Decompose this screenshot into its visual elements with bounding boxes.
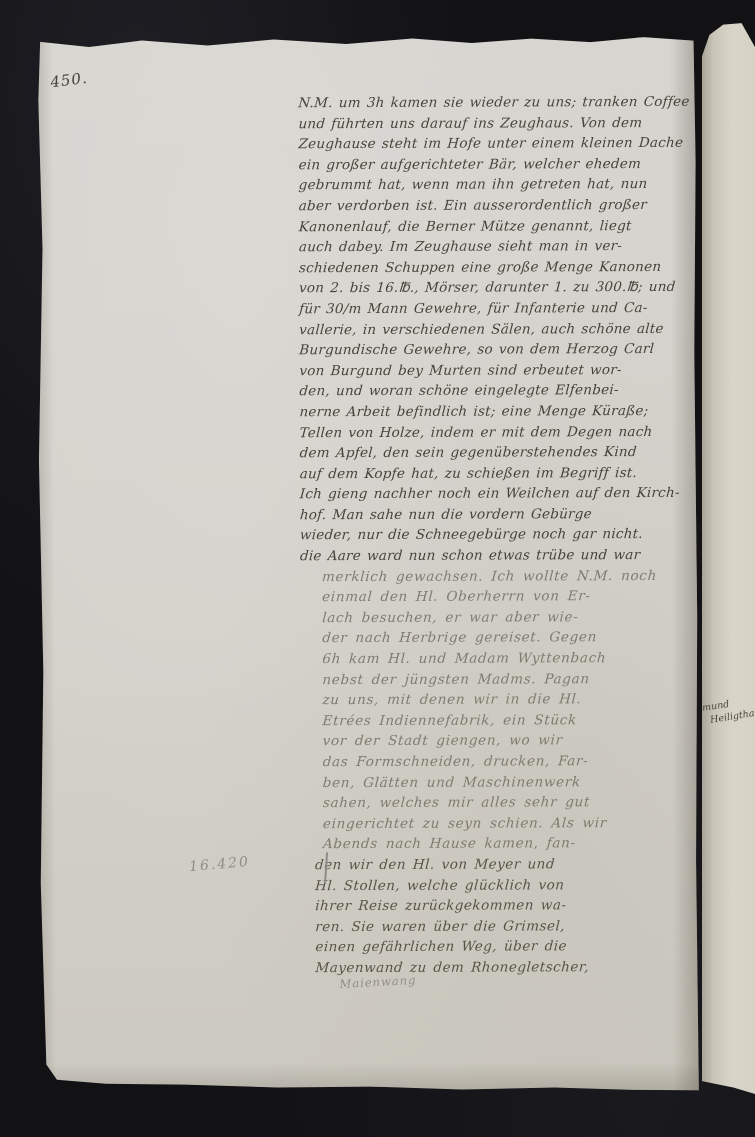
manuscript-line: und führten uns darauf ins Zeughaus. Von… xyxy=(298,112,701,134)
manuscript-line: von Burgund bey Murten sind erbeutet wor… xyxy=(299,360,702,382)
next-page-edge: mundHeiligtha xyxy=(702,22,755,1094)
manuscript-line: Zeughause steht im Hofe unter einem klei… xyxy=(298,133,701,155)
manuscript-line: der nach Herbrige gereiset. Gegen xyxy=(322,627,703,649)
manuscript-line: eingerichtet zu seyn schien. Als wir xyxy=(322,813,703,835)
manuscript-line: Kanonenlauf, die Berner Mütze genannt, l… xyxy=(298,215,701,237)
manuscript-line: einmal den Hl. Oberherrn von Er- xyxy=(321,586,702,608)
manuscript-line: hof. Man sahe nun die vordern Gebürge xyxy=(299,504,702,526)
manuscript-line: wieder, nur die Schneegebürge noch gar n… xyxy=(299,524,702,546)
manuscript-line: ihrer Reise zurückgekommen wa- xyxy=(315,895,704,917)
manuscript-line: den, und woran schöne eingelegte Elfenbe… xyxy=(299,380,702,402)
manuscript-line: von 2. bis 16.℔., Mörser, darunter 1. zu… xyxy=(298,277,701,299)
manuscript-line: schiedenen Schuppen eine große Menge Kan… xyxy=(298,257,701,279)
manuscript-line: ben, Glätten und Maschinenwerk xyxy=(322,771,703,793)
manuscript-line: gebrummt hat, wenn man ihn getreten hat,… xyxy=(298,174,701,196)
manuscript-line: Burgundische Gewehre, so von dem Herzog … xyxy=(299,339,702,361)
manuscript-line: lach besuchen, er war aber wie- xyxy=(322,607,703,629)
manuscript-line: ein großer aufgerichteter Bär, welcher e… xyxy=(298,154,701,176)
manuscript-line: Hl. Stollen, welche glücklich von xyxy=(314,874,703,896)
manuscript-page: 450. N.M. um 3h kamen sie wieder zu uns;… xyxy=(36,35,700,1095)
manuscript-line: dem Apfel, den sein gegenüberstehendes K… xyxy=(299,442,702,464)
manuscript-line: vor der Stadt giengen, wo wir xyxy=(322,730,703,752)
manuscript-line: sahen, welches mir alles sehr gut xyxy=(322,792,703,814)
manuscript-line: N.M. um 3h kamen sie wieder zu uns; tran… xyxy=(298,92,701,114)
manuscript-line: einen gefährlichen Weg, über die xyxy=(315,936,704,958)
manuscript-line: die Aare ward nun schon etwas trübe und … xyxy=(299,545,702,567)
manuscript-line: Ich gieng nachher noch ein Weilchen auf … xyxy=(299,483,702,505)
manuscript-line: auch dabey. Im Zeughause sieht man in ve… xyxy=(298,236,701,258)
pencil-annotation-number: 16.420 xyxy=(188,854,250,875)
manuscript-line: nebst der jüngsten Madms. Pagan xyxy=(322,668,703,690)
manuscript-line: ren. Sie waren über die Grimsel, xyxy=(315,916,704,938)
page-number: 450. xyxy=(49,69,88,92)
manuscript-line: auf dem Kopfe hat, zu schießen im Begrif… xyxy=(299,463,702,485)
manuscript-line: Abends nach Hause kamen, fan- xyxy=(322,833,703,855)
manuscript-line: merklich gewachsen. Ich wollte N.M. noch xyxy=(321,565,702,587)
manuscript-line: zu uns, mit denen wir in die Hl. xyxy=(322,689,703,711)
manuscript-line: Etrées Indiennefabrik, ein Stück xyxy=(322,710,703,732)
manuscript-line: das Formschneiden, drucken, Far- xyxy=(322,751,703,773)
manuscript-line: vallerie, in verschiedenen Sälen, auch s… xyxy=(298,318,701,340)
next-page-margin-note: mundHeiligtha xyxy=(702,694,755,728)
manuscript-line: aber verdorben ist. Ein ausserordentlich… xyxy=(298,195,701,217)
manuscript-text-block: N.M. um 3h kamen sie wieder zu uns; tran… xyxy=(298,92,703,979)
photo-background: 450. N.M. um 3h kamen sie wieder zu uns;… xyxy=(0,0,755,1137)
manuscript-line: 6h kam Hl. und Madam Wyttenbach xyxy=(322,648,703,670)
manuscript-line: für 30/m Mann Gewehre, für Infanterie un… xyxy=(298,298,701,320)
manuscript-line: nerne Arbeit befindlich ist; eine Menge … xyxy=(299,401,702,423)
manuscript-line: Tellen von Holze, indem er mit dem Degen… xyxy=(299,421,702,443)
pencil-annotation-word: Maienwang xyxy=(339,973,417,991)
manuscript-line: den wir den Hl. von Meyer und xyxy=(314,854,703,876)
